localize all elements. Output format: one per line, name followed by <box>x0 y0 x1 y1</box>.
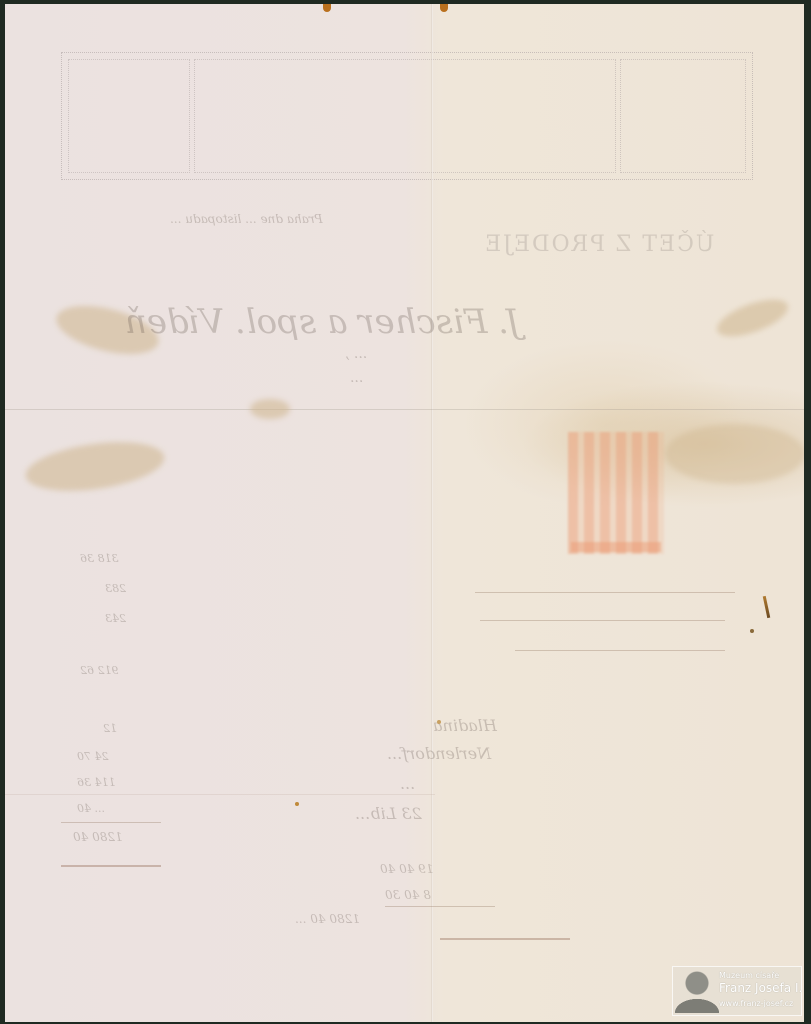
header-frame-cell <box>68 59 190 173</box>
watermark-url: www.franz-josef.cz <box>719 999 793 1008</box>
emperor-portrait-icon <box>675 969 719 1013</box>
watermark-line2: Franz Josefa I. <box>719 981 802 995</box>
left-item-row: 243 <box>105 612 126 625</box>
horizontal-fold-line <box>5 409 804 410</box>
mirrored-addressee: J. Fischer a spol. Vídeň <box>125 302 520 342</box>
left-total-rule <box>61 865 161 867</box>
mirrored-place-date: Praha dne ... listopadu ... <box>170 212 323 226</box>
header-frame-cell <box>620 59 746 173</box>
document-paper: ÚČET Z PRODEJE Praha dne ... listopadu .… <box>5 4 804 1022</box>
mirrored-heading: ÚČET Z PRODEJE <box>483 232 714 257</box>
left-item-row: 283 <box>105 582 126 595</box>
right-signature-line: ... <box>400 774 415 793</box>
stain <box>23 434 168 498</box>
right-total-row: 19 40 40 <box>380 862 433 876</box>
red-revenue-stamp-base <box>571 542 661 552</box>
scan-background: ÚČET Z PRODEJE Praha dne ... listopadu .… <box>0 0 811 1024</box>
right-item-rule <box>480 620 725 621</box>
stain <box>712 292 792 344</box>
left-ledger-rule <box>61 822 161 823</box>
header-frame-cell <box>194 59 616 173</box>
ink-speck <box>437 720 441 724</box>
right-total-row: 1280 40 ... <box>295 912 360 926</box>
paper-clip-mark <box>440 4 448 12</box>
right-item-rule <box>475 592 735 593</box>
ink-speck <box>295 802 299 806</box>
right-total-rule <box>440 938 570 940</box>
right-total-row: 8 40 30 <box>385 888 431 902</box>
pencil-tick-mark <box>763 596 771 618</box>
stain <box>665 424 804 484</box>
printed-header-frame <box>61 52 753 180</box>
stain <box>250 399 290 419</box>
mirrored-addressee-sub1: ... , <box>345 346 367 362</box>
watermark-line1: Muzeum císaře <box>719 971 779 980</box>
left-ledger-total: 1280 40 <box>73 830 123 844</box>
left-ledger-row: ... 40 <box>77 802 105 815</box>
left-item-row: 318 36 <box>80 552 119 565</box>
left-item-row: 912 62 <box>80 664 119 677</box>
red-revenue-stamp <box>568 432 664 554</box>
right-signature-line: Hladina <box>433 716 497 735</box>
mirrored-addressee-sub2: ... <box>350 370 363 386</box>
left-ledger-row: 114 36 <box>77 776 116 789</box>
left-ledger-row: 24 70 <box>77 750 109 763</box>
right-signature-line: Nerlendorf... <box>387 744 491 763</box>
right-total-rule <box>385 906 495 907</box>
horizontal-crease <box>5 794 435 795</box>
right-signature-line: 23 Lib... <box>355 804 422 823</box>
ink-speck <box>750 629 754 633</box>
left-ledger-row: 12 <box>103 722 117 735</box>
right-item-rule <box>515 650 725 651</box>
paper-clip-mark <box>323 4 331 12</box>
museum-watermark: Muzeum císaře Franz Josefa I. www.franz-… <box>672 966 802 1016</box>
